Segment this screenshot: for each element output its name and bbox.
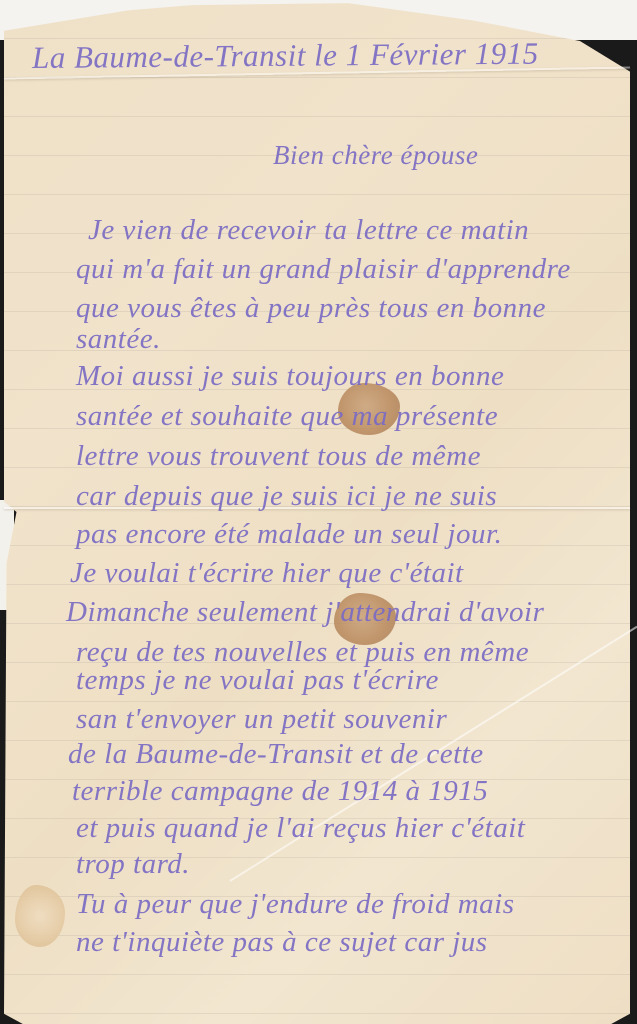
letter-line: santée. bbox=[76, 323, 161, 356]
letter-line: car depuis que je suis ici je ne suis bbox=[76, 480, 497, 513]
salutation: Bien chère épouse bbox=[273, 140, 478, 171]
letter-line: lettre vous trouvent tous de même bbox=[76, 440, 481, 473]
letter-line: temps je ne voulai pas t'écrire bbox=[76, 664, 439, 697]
letter-line: de la Baume-de-Transit et de cette bbox=[68, 738, 484, 771]
place-date-heading: La Baume-de-Transit le 1 Février 1915 bbox=[32, 36, 539, 76]
letter-line: Je voulai t'écrire hier que c'était bbox=[70, 557, 464, 590]
letter-line: san t'envoyer un petit souvenir bbox=[76, 703, 447, 736]
letter-line: Tu à peur que j'endure de froid mais bbox=[76, 888, 515, 921]
letter-line: ne t'inquiète pas à ce sujet car jus bbox=[76, 926, 488, 959]
letter-line: Dimanche seulement j'attendrai d'avoir bbox=[66, 596, 544, 629]
letter-line: qui m'a fait un grand plaisir d'apprendr… bbox=[76, 253, 571, 286]
letter-line: Je vien de recevoir ta lettre ce matin bbox=[88, 214, 529, 247]
letter-line: santée et souhaite que ma présente bbox=[76, 400, 498, 433]
letter-line: que vous êtes à peu près tous en bonne bbox=[76, 292, 546, 325]
letter-line: Moi aussi je suis toujours en bonne bbox=[76, 360, 504, 393]
letter-line: terrible campagne de 1914 à 1915 bbox=[72, 775, 488, 808]
letter-line: trop tard. bbox=[76, 848, 190, 881]
letter-line: et puis quand je l'ai reçus hier c'était bbox=[76, 812, 525, 845]
letter-line: pas encore été malade un seul jour. bbox=[76, 518, 502, 551]
